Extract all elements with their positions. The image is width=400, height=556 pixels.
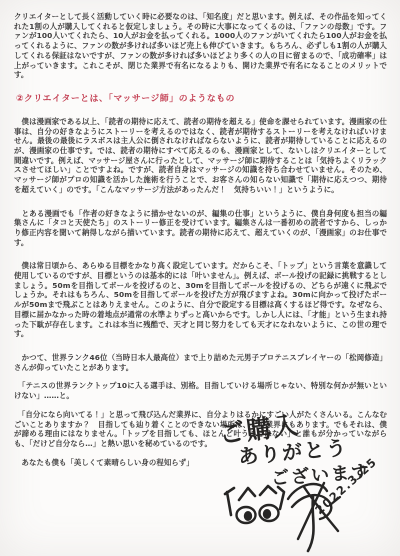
paragraph-masseur-analogy: 僕は漫画家である以上、「読者の期待に応えて、読者の期待を超える」使命を課せられて…: [14, 117, 387, 195]
document-page: クリエイターとして長く活動していく時に必要なのは、「知名度」だと思います。例えば…: [0, 0, 400, 556]
paragraph-aspiration: 「自分になら向いてる！」と思って飛び込んだ業界に、自分よりはるかにすごい人がたく…: [14, 410, 387, 449]
paragraph-matsuoka-intro: かつて、世界ランク46位（当時日本人最高位）まで上り詰めた元男子プロテニスプレイ…: [14, 353, 387, 372]
cat-face-doodle: [222, 483, 286, 527]
paragraph-editor: とある漫画でも「作者の好きなように描かせないのが、編集の仕事」というように、僕自…: [14, 209, 387, 248]
paragraph-intro-fame: クリエイターとして長く活動していく時に必要なのは、「知名度」だと思います。例えば…: [14, 12, 387, 80]
paragraph-closing-line: あなたも僕も「美しくて素晴らしい身の程知らず」: [14, 458, 387, 468]
section-heading: ②クリエイターとは、「マッサージ師」のようなもの: [16, 94, 387, 105]
paragraph-matsuoka-quote: 「テニスの世界ランクトップ10に入る選手は、別格。目指していける場所じゃない、特…: [14, 381, 387, 400]
signature-scribble: [280, 477, 346, 553]
paragraph-high-goals: 僕は常日頃から、あらゆる目標をかなり高く設定しています。だからこそ、「トップ」と…: [14, 261, 387, 339]
article-text-column: クリエイターとして長く活動していく時に必要なのは、「知名度」だと思います。例えば…: [14, 12, 387, 481]
